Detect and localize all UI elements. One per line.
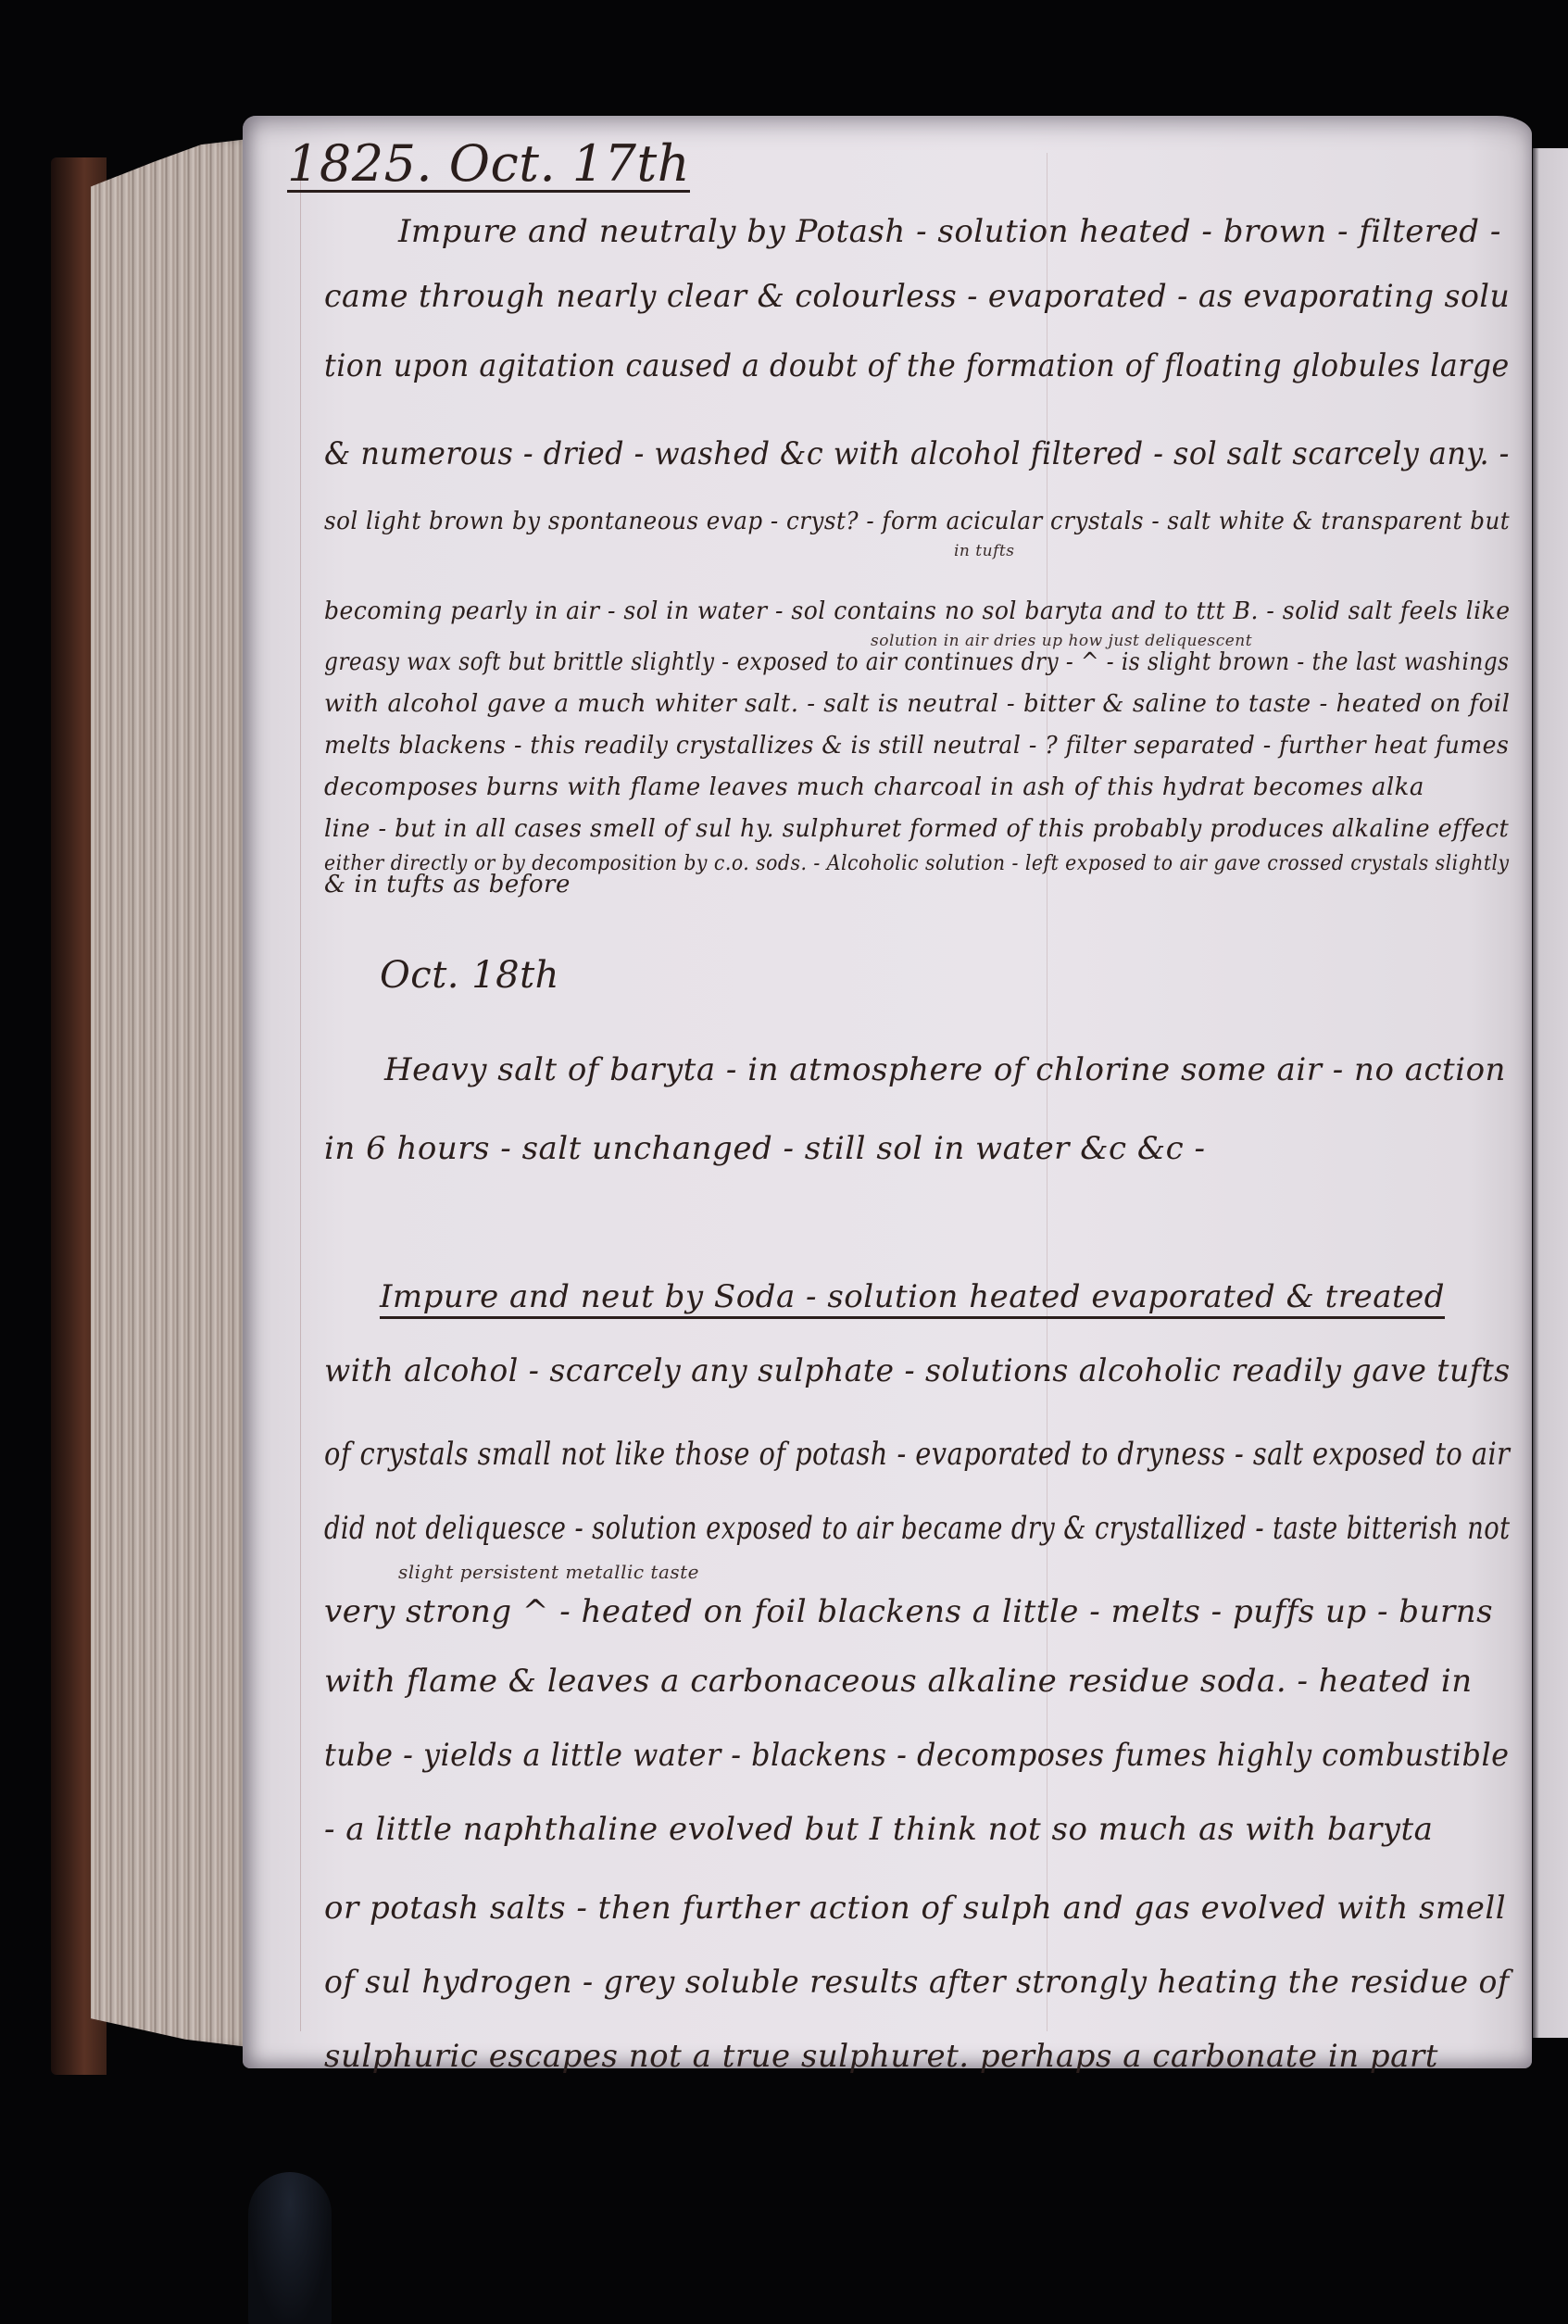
handwritten-line: very strong ^ - heated on foil blackens … (324, 1593, 1493, 1630)
handwritten-line: line - but in all cases smell of sul hy.… (324, 815, 1509, 843)
handwritten-line: becoming pearly in air - sol in water - … (324, 597, 1511, 625)
handwritten-line: decomposes burns with flame leaves much … (324, 773, 1424, 801)
interlinear-note: slight persistent metallic taste (398, 1561, 699, 1583)
handwritten-line: Impure and neutraly by Potash - solution… (398, 213, 1501, 250)
handwritten-line: with flame & leaves a carbonaceous alkal… (324, 1663, 1473, 1700)
handwritten-line: Heavy salt of baryta - in atmosphere of … (384, 1051, 1506, 1088)
handwritten-line: with alcohol gave a much whiter salt. - … (324, 690, 1510, 718)
handwritten-line: - a little naphthaline evolved but I thi… (324, 1811, 1433, 1848)
entry-date: Oct. 18th (380, 954, 559, 997)
holding-thumb (248, 2172, 332, 2324)
entry-date: 1825. Oct. 17th (287, 134, 690, 193)
handwritten-line: came through nearly clear & colourless -… (324, 278, 1510, 315)
notebook-page (243, 116, 1532, 2068)
handwritten-line: of crystals small not like those of pota… (324, 1436, 1510, 1473)
handwritten-line: of sul hydrogen - grey soluble results a… (324, 1964, 1510, 2001)
handwritten-line: tion upon agitation caused a doubt of th… (324, 347, 1510, 384)
handwritten-line: melts blackens - this readily crystalliz… (324, 732, 1509, 760)
handwritten-line: & in tufts as before (324, 871, 571, 898)
handwritten-line: with alcohol - scarcely any sulphate - s… (324, 1352, 1511, 1389)
handwritten-line: or potash salts - then further action of… (324, 1890, 1506, 1927)
handwritten-line: & numerous - dried - washed &c with alco… (324, 435, 1510, 472)
interlinear-note: in tufts (954, 542, 1014, 560)
page-edges (91, 139, 248, 2047)
handwritten-line: in 6 hours - salt unchanged - still sol … (324, 1130, 1205, 1167)
handwritten-line: sulphuric escapes not a true sulphuret. … (324, 2038, 1438, 2075)
facing-page-edge (1533, 148, 1568, 2038)
handwritten-line: greasy wax soft but brittle slightly - e… (324, 648, 1509, 676)
handwritten-line: tube - yields a little water - blackens … (324, 1737, 1509, 1774)
handwritten-line: did not deliquesce - solution exposed to… (324, 1510, 1510, 1547)
handwritten-line: Impure and neut by Soda - solution heate… (380, 1278, 1445, 1315)
interlinear-note: solution in air dries up how just deliqu… (871, 632, 1252, 650)
handwritten-line: sol light brown by spontaneous evap - cr… (324, 508, 1510, 535)
